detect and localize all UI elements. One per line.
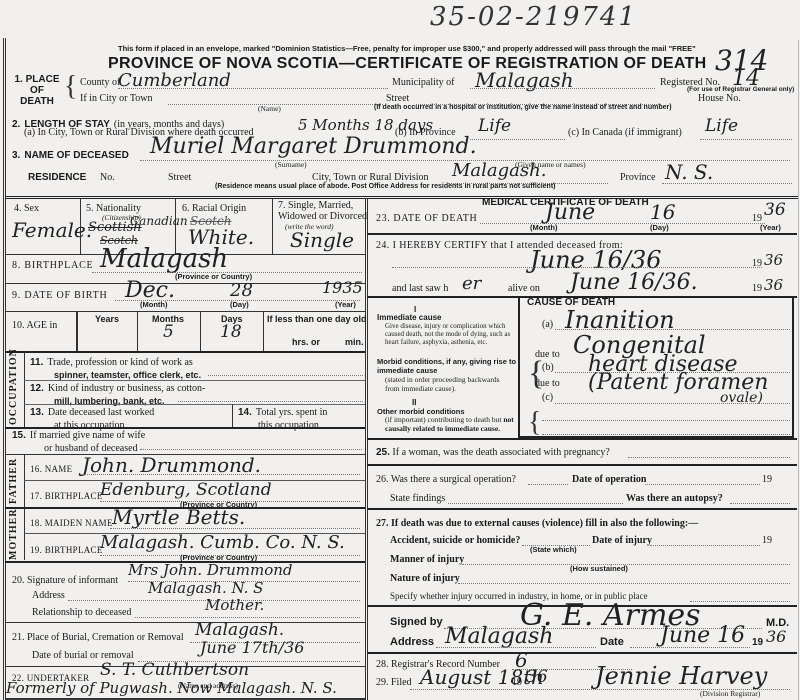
undertaker-address[interactable]: Formerly of Pugwash. Now Malagash. N. S. <box>6 679 337 697</box>
city-label: If in City or Town <box>80 93 152 104</box>
column-divider <box>365 198 368 700</box>
q27-label: 27. If death was due to external causes … <box>376 518 698 529</box>
burial-date-value[interactable]: June 17th/36 <box>200 638 304 657</box>
q14-line1: Total yrs. spent in <box>256 407 328 418</box>
cause-b-label: (b) <box>542 362 554 373</box>
row-divider <box>367 233 797 235</box>
day-caption: (Day) <box>230 300 249 309</box>
dotted-rule <box>730 503 790 504</box>
q14-line2: this occupation <box>258 420 319 431</box>
q26-operation: 26. Was there a surgical operation? <box>376 474 516 485</box>
month-caption: (Month) <box>140 300 167 309</box>
cell-divider <box>272 198 273 254</box>
row-divider <box>5 351 365 353</box>
dotted-rule <box>135 617 360 618</box>
cell-divider <box>200 311 201 351</box>
dotted-rule <box>110 528 360 529</box>
death-year[interactable]: 36 <box>764 200 786 220</box>
other-morbid-desc: (if important) contributing to death but… <box>385 416 515 433</box>
filed-year-prefix: 19 <box>512 677 522 688</box>
year-caption: (Year) <box>335 300 356 309</box>
cause-a-label: (a) <box>542 319 553 330</box>
cell-divider <box>24 351 25 427</box>
dotted-rule <box>630 647 750 648</box>
row-divider <box>367 464 797 466</box>
date-of-death-label: 23. DATE OF DEATH <box>376 213 477 224</box>
relationship-label: Relationship to deceased <box>32 607 131 618</box>
dotted-rule <box>470 88 655 89</box>
section-num: 1. <box>14 74 22 85</box>
registrar-caption: (Division Registrar) <box>700 689 760 698</box>
sex-value[interactable]: Female. <box>12 218 92 242</box>
section-line: OF <box>30 85 44 96</box>
marital-label-1: 7. Single, Married, <box>278 200 353 211</box>
last-saw-her[interactable]: er <box>462 273 481 294</box>
q15-line1: If married give name of wife <box>30 430 145 441</box>
morbid-label: Morbid conditions, if any, giving rise t… <box>377 358 517 375</box>
q11-line1: Trade, profession or kind of work as <box>47 357 192 368</box>
alive-on-label: alive on <box>508 283 540 294</box>
dotted-rule <box>555 329 790 330</box>
signed-by-label: Signed by <box>390 616 443 628</box>
dotted-rule <box>690 601 790 602</box>
q26-autopsy-label: Was there an autopsy? <box>626 493 723 504</box>
racial-label: 6. Racial Origin <box>182 203 246 214</box>
dotted-rule <box>480 223 765 224</box>
row-divider <box>367 438 797 440</box>
municipality-label: Municipality of <box>392 77 455 88</box>
informant-value[interactable]: Mrs John. Drummond <box>128 561 293 579</box>
nationality-value[interactable]: Canadian <box>130 214 188 228</box>
age-label: 10. AGE in <box>12 320 57 331</box>
sex-label: 4. Sex <box>14 203 39 214</box>
house-no-label: House No. <box>698 93 741 104</box>
roman-ii: II <box>412 398 416 407</box>
section-line: PLACE <box>26 74 60 85</box>
dotted-rule <box>178 401 363 402</box>
filed-label: 29. Filed <box>376 677 412 688</box>
residence-province-value[interactable]: N. S. <box>665 160 713 184</box>
dotted-rule <box>470 139 565 140</box>
less-than-day-label: If less than one day old <box>267 314 367 324</box>
q20-label: 20. Signature of informant <box>12 575 118 586</box>
informant-label: 20. Signature of informant <box>12 570 118 588</box>
county-label: County of <box>80 77 120 88</box>
residence-no-label: No. <box>100 172 115 183</box>
street-label: Street <box>386 93 409 104</box>
father-birthplace-value[interactable]: Edenburg, Scotland <box>100 480 272 500</box>
section-line: DEATH <box>20 96 54 107</box>
cell-divider <box>76 311 78 351</box>
mother-maiden-value[interactable]: Myrtle Betts. <box>112 505 245 529</box>
q27-19: 19 <box>762 535 772 546</box>
dotted-rule <box>458 583 790 584</box>
deceased-name[interactable]: Muriel Margaret Drummond. <box>150 134 477 159</box>
burial-label: 21. Place of Burial, Cremation or Remova… <box>12 632 184 643</box>
num: 14. <box>238 407 252 418</box>
dotted-rule <box>140 449 362 450</box>
relationship-value[interactable]: Mother. <box>205 596 264 614</box>
num: 2. <box>12 119 20 130</box>
immediate-cause-desc: Give disease, injury or complication whi… <box>385 322 515 346</box>
hrs-label: hrs. or <box>292 337 320 347</box>
dotted-rule <box>650 545 760 546</box>
file-number: 35-02-219741 <box>430 2 637 32</box>
residence-city-value[interactable]: Malagash. <box>452 160 546 181</box>
mother-vertical-label: MOTHER <box>8 510 19 560</box>
q27-state-caption: (State which) <box>530 545 577 554</box>
q26-19: 19 <box>762 474 772 485</box>
mother-birthplace-label: 19. BIRTHPLACE <box>30 545 103 555</box>
mother-birthplace-value[interactable]: Malagash. Cumb. Co. N. S. <box>100 532 345 553</box>
alive-year[interactable]: 36 <box>764 276 783 294</box>
days-value[interactable]: 18 <box>220 322 242 342</box>
q27-date-label: Date of injury <box>592 535 652 546</box>
q26-date-label: Date of operation <box>572 474 646 485</box>
cell-divider <box>137 311 138 351</box>
num: 11. <box>30 357 43 368</box>
stay-b-value[interactable]: Life <box>478 116 511 136</box>
heading: NAME OF DECEASED <box>24 150 128 161</box>
alive-19: 19 <box>752 283 762 294</box>
row-divider <box>5 311 365 312</box>
dotted-rule <box>528 484 568 485</box>
birthplace-value[interactable]: Malagash <box>100 244 228 274</box>
dob-label: 9. DATE OF BIRTH <box>12 290 108 301</box>
dotted-rule <box>662 183 792 184</box>
num: 3. <box>12 150 20 161</box>
dob-day[interactable]: 28 <box>230 280 253 301</box>
occupation-vertical-label: OCCUPATION <box>8 353 19 425</box>
registrar-name[interactable]: Jennie Harvey <box>595 662 767 690</box>
row-divider <box>367 508 797 510</box>
num: 12. <box>30 383 44 394</box>
q11: 11. Trade, profession or kind of work as… <box>30 355 201 381</box>
q25: 25. 25. If a woman, was the death associ… <box>376 447 610 458</box>
residence-province-label: Province <box>620 172 656 183</box>
death-day[interactable]: 16 <box>650 200 675 224</box>
hospital-note: (If death occurred in a hospital or inst… <box>374 104 672 111</box>
row-divider <box>5 622 365 623</box>
num: 13. <box>30 407 44 418</box>
dotted-rule <box>542 434 790 435</box>
age-label-text: 10. AGE in <box>12 320 57 331</box>
dotted-rule <box>392 267 762 268</box>
morbid-desc: (stated in order proceeding backwards fr… <box>385 376 515 393</box>
sig-date-value[interactable]: June 16 <box>660 623 745 648</box>
residence-street-label: Street <box>168 172 191 183</box>
section-divider <box>5 196 798 199</box>
q26-findings-label: State findings <box>390 493 445 504</box>
burial-value[interactable]: Malagash. <box>195 620 284 640</box>
last-saw-label: and last saw h <box>392 283 448 294</box>
sig-address-value[interactable]: Malagash <box>445 624 553 649</box>
q13-line1: Date deceased last worked <box>48 407 154 418</box>
residence-note: (Residence means usual place of abode. P… <box>215 183 556 190</box>
cause-c-label: (c) <box>542 392 553 403</box>
informant-address-value[interactable]: Malagash. N. S <box>148 579 263 597</box>
cell-divider <box>232 404 233 427</box>
alive-on-value[interactable]: June 16/36. <box>570 270 698 295</box>
filed-year[interactable]: 36 <box>526 667 548 687</box>
marital-label-2: Widowed or Divorced <box>278 211 367 222</box>
undertaker-value[interactable]: S. T. Cuthbertson <box>100 660 249 680</box>
dob-year[interactable]: 1935 <box>322 278 363 297</box>
right-margin-rule <box>798 40 799 700</box>
sig-date-label: Date <box>600 636 624 648</box>
q27-accident-label: Accident, suicide or homicide? <box>390 535 520 546</box>
q11-line2: spinner, teamster, office clerk, etc. <box>54 370 201 380</box>
q27-manner-label: Manner of injury <box>390 554 464 565</box>
immediate-cause-label: Immediate cause <box>377 313 441 322</box>
dotted-rule <box>542 420 790 421</box>
row-divider <box>367 652 797 654</box>
cell-divider <box>263 311 264 351</box>
stay-c-label: (c) In Canada (if immigrant) <box>568 127 682 138</box>
dotted-rule <box>628 457 790 458</box>
death-month[interactable]: June <box>545 200 595 225</box>
dotted-rule <box>645 484 760 485</box>
q12-line1: Kind of industry or business, as cotton- <box>48 383 206 394</box>
dotted-rule <box>208 375 363 376</box>
father-birthplace-label: 17. BIRTHPLACE <box>30 491 103 501</box>
q27-nature-label: Nature of injury <box>390 573 460 584</box>
dotted-rule <box>555 403 790 404</box>
left-margin-rule <box>3 38 6 700</box>
certify-19: 19 <box>752 258 762 269</box>
row-divider <box>5 283 365 284</box>
name-caption: (Name) <box>258 104 281 113</box>
sig-year[interactable]: 36 <box>766 627 786 646</box>
due-to-2: due to <box>535 378 560 389</box>
father-name-label: 16. NAME <box>30 464 72 474</box>
death-month-caption: (Month) <box>530 223 557 232</box>
birthplace-label: 8. BIRTHPLACE <box>12 260 93 271</box>
sig-year-prefix: 19 <box>752 637 763 648</box>
q27-how-caption: (How sustained) <box>570 564 628 573</box>
marital-label: 7. Single, Married, Widowed or Divorced <box>278 200 367 222</box>
months-value[interactable]: 5 <box>163 322 174 342</box>
surname-caption: (Surname) <box>275 160 307 169</box>
dotted-rule <box>700 139 792 140</box>
informant-address-label: Address <box>32 590 65 601</box>
residence-city-label: City, Town or Rural Division <box>312 172 429 183</box>
place-of-death-label: 1. PLACE OF DEATH <box>12 74 62 107</box>
stay-c-value[interactable]: Life <box>705 116 738 136</box>
min-label: min. <box>345 337 364 347</box>
dotted-rule <box>118 88 388 89</box>
certify-year[interactable]: 36 <box>764 251 783 269</box>
years-label: Years <box>95 314 119 324</box>
registrar-note: (For use of Registrar General only) <box>687 86 794 93</box>
death-year-caption: (Year) <box>760 223 781 232</box>
father-vertical-label: FATHER <box>8 458 19 504</box>
death-day-caption: (Day) <box>650 223 669 232</box>
dotted-rule <box>448 503 623 504</box>
deceased-label: 3. NAME OF DECEASED <box>12 145 129 163</box>
brace: { <box>64 72 77 102</box>
marital-value[interactable]: Single <box>290 228 354 252</box>
residence-label: RESIDENCE <box>28 172 86 183</box>
mail-notice: This form if placed in an envelope, mark… <box>118 44 696 53</box>
sig-address-label: Address <box>390 636 434 648</box>
mother-maiden-label: 18. MAIDEN NAME <box>30 518 113 528</box>
q15: 15. If married give name of wife or husb… <box>12 428 145 454</box>
num: 15. <box>12 430 26 441</box>
brace: { <box>528 408 541 438</box>
dotted-rule <box>80 474 360 475</box>
